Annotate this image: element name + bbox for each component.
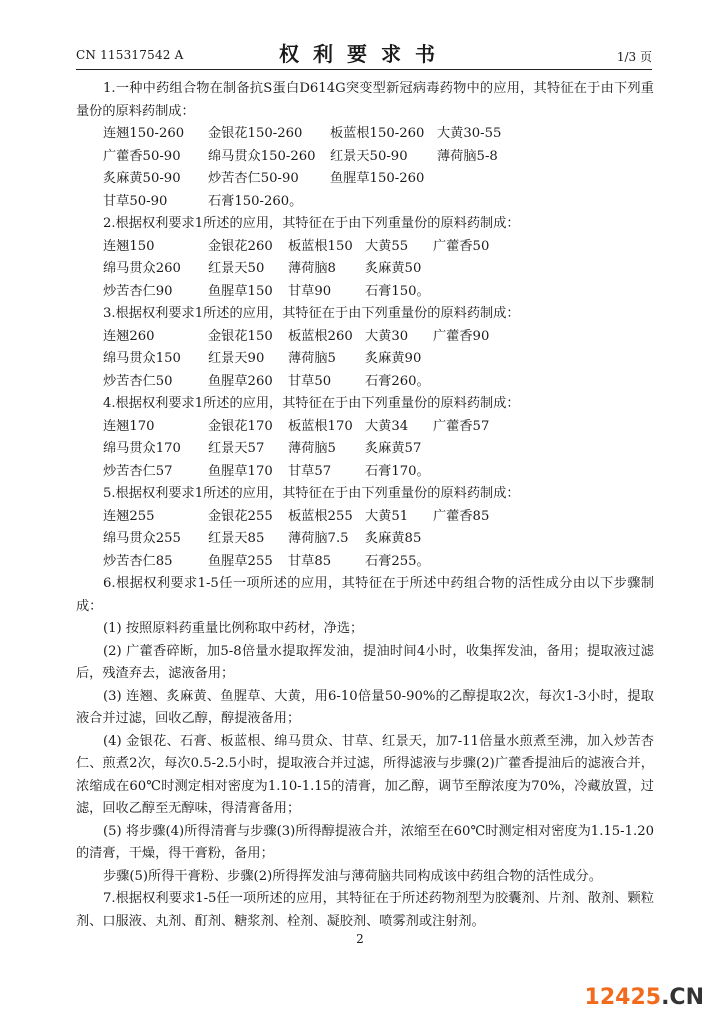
page-number: 2 bbox=[0, 932, 720, 946]
ingredient: 薄荷脑8 bbox=[288, 258, 365, 281]
claim-7: 7.根据权利要求1-5任一项所述的应用，其特征在于所述药物剂型为胶囊剂、片剂、散… bbox=[76, 888, 654, 933]
claim-4-intro: 4.根据权利要求1所述的应用，其特征在于由下列重量份的原料药制成： bbox=[76, 393, 654, 416]
ingredient: 鱼腥草260 bbox=[208, 371, 288, 394]
ingredient: 大黄34 bbox=[365, 416, 433, 439]
ingredient: 大黄55 bbox=[365, 236, 433, 259]
ingredient: 炒苦杏仁90 bbox=[103, 281, 208, 304]
ingredient: 金银花260 bbox=[208, 236, 288, 259]
ingredient: 广藿香85 bbox=[433, 506, 489, 529]
ingredient-row: 广藿香50-90 绵马贯众150-260 红景天50-90 薄荷脑5-8 bbox=[76, 146, 654, 169]
ingredient: 炒苦杏仁50-90 bbox=[208, 168, 330, 191]
ingredient: 石膏170。 bbox=[365, 461, 433, 484]
document-title: 权利要求书 bbox=[76, 38, 652, 67]
ingredient: 炒苦杏仁57 bbox=[103, 461, 208, 484]
ingredient: 甘草50-90 bbox=[103, 191, 208, 214]
ingredient-row: 绵马贯众150 红景天90 薄荷脑5 炙麻黄90 bbox=[76, 348, 654, 371]
claim-5-intro: 5.根据权利要求1所述的应用，其特征在于由下列重量份的原料药制成： bbox=[76, 483, 654, 506]
ingredient-row: 炒苦杏仁57 鱼腥草170 甘草57 石膏170。 bbox=[76, 461, 654, 484]
ingredient: 炒苦杏仁50 bbox=[103, 371, 208, 394]
ingredient: 炙麻黄57 bbox=[365, 438, 433, 461]
ingredient: 大黄30 bbox=[365, 326, 433, 349]
ingredient: 炙麻黄50-90 bbox=[103, 168, 208, 191]
ingredient: 绵马贯众170 bbox=[103, 438, 208, 461]
ingredient: 金银花255 bbox=[208, 506, 288, 529]
ingredient: 薄荷脑5 bbox=[288, 348, 365, 371]
ingredient: 薄荷脑5 bbox=[288, 438, 365, 461]
ingredient: 甘草57 bbox=[288, 461, 365, 484]
ingredient: 红景天57 bbox=[208, 438, 288, 461]
ingredient: 大黄30-55 bbox=[437, 123, 501, 146]
ingredient: 石膏150。 bbox=[365, 281, 433, 304]
claim-6-conclusion: 步骤(5)所得干膏粉、步骤(2)所得挥发油与薄荷脑共同构成该中药组合物的活性成分… bbox=[76, 866, 654, 889]
ingredient: 甘草90 bbox=[288, 281, 365, 304]
ingredient: 大黄51 bbox=[365, 506, 433, 529]
ingredient: 绵马贯众255 bbox=[103, 528, 208, 551]
ingredient: 炒苦杏仁85 bbox=[103, 551, 208, 574]
site-watermark: 12425.CN bbox=[585, 985, 704, 1010]
ingredient: 炙麻黄90 bbox=[365, 348, 433, 371]
page-header: CN 115317542 A 权利要求书 1/3 页 bbox=[76, 38, 652, 68]
ingredient: 甘草85 bbox=[288, 551, 365, 574]
ingredient: 板蓝根255 bbox=[288, 506, 365, 529]
ingredient: 板蓝根150 bbox=[288, 236, 365, 259]
ingredient: 炙麻黄50 bbox=[365, 258, 433, 281]
ingredient-row: 连翘150 金银花260 板蓝根150 大黄55 广藿香50 bbox=[76, 236, 654, 259]
page-indicator: 1/3 页 bbox=[617, 48, 652, 65]
claim-2-intro: 2.根据权利要求1所述的应用，其特征在于由下列重量份的原料药制成： bbox=[76, 213, 654, 236]
ingredient: 红景天85 bbox=[208, 528, 288, 551]
ingredient-row: 连翘170 金银花170 板蓝根170 大黄34 广藿香57 bbox=[76, 416, 654, 439]
ingredient: 鱼腥草170 bbox=[208, 461, 288, 484]
ingredient-row: 炒苦杏仁85 鱼腥草255 甘草85 石膏255。 bbox=[76, 551, 654, 574]
ingredient: 甘草50 bbox=[288, 371, 365, 394]
ingredient-row: 绵马贯众260 红景天50 薄荷脑8 炙麻黄50 bbox=[76, 258, 654, 281]
watermark-number: 12425 bbox=[585, 985, 662, 1010]
claim-6-step-1: (1) 按照原料药重量比例称取中药材，净选； bbox=[76, 618, 654, 641]
ingredient: 红景天50-90 bbox=[330, 146, 437, 169]
ingredient: 板蓝根260 bbox=[288, 326, 365, 349]
claim-3-intro: 3.根据权利要求1所述的应用，其特征在于由下列重量份的原料药制成： bbox=[76, 303, 654, 326]
ingredient-row: 炒苦杏仁50 鱼腥草260 甘草50 石膏260。 bbox=[76, 371, 654, 394]
ingredient: 红景天50 bbox=[208, 258, 288, 281]
ingredient: 绵马贯众150 bbox=[103, 348, 208, 371]
ingredient-row: 炙麻黄50-90 炒苦杏仁50-90 鱼腥草150-260 bbox=[76, 168, 654, 191]
ingredient: 鱼腥草255 bbox=[208, 551, 288, 574]
watermark-tld: .CN bbox=[661, 985, 704, 1010]
claim-5-intro-text: 5.根据权利要求1所述的应用，其特征在于由下列重量份的原料药制成： bbox=[103, 483, 520, 506]
ingredient-row: 连翘255 金银花255 板蓝根255 大黄51 广藿香85 bbox=[76, 506, 654, 529]
ingredient: 石膏255。 bbox=[365, 551, 433, 574]
ingredient: 连翘260 bbox=[103, 326, 208, 349]
claim-3-intro-text: 3.根据权利要求1所述的应用，其特征在于由下列重量份的原料药制成： bbox=[103, 303, 520, 326]
ingredient: 石膏150-260。 bbox=[208, 191, 330, 214]
claim-4-intro-text: 4.根据权利要求1所述的应用，其特征在于由下列重量份的原料药制成： bbox=[103, 393, 520, 416]
ingredient: 连翘150 bbox=[103, 236, 208, 259]
ingredient: 绵马贯众260 bbox=[103, 258, 208, 281]
ingredient-row: 连翘260 金银花150 板蓝根260 大黄30 广藿香90 bbox=[76, 326, 654, 349]
claim-2-intro-text: 2.根据权利要求1所述的应用，其特征在于由下列重量份的原料药制成： bbox=[103, 213, 520, 236]
claim-6-step-5: (5) 将步骤(4)所得清膏与步骤(3)所得醇提液合并，浓缩至在60℃时测定相对… bbox=[76, 821, 654, 866]
ingredient-row: 炒苦杏仁90 鱼腥草150 甘草90 石膏150。 bbox=[76, 281, 654, 304]
ingredient: 金银花170 bbox=[208, 416, 288, 439]
ingredient: 连翘170 bbox=[103, 416, 208, 439]
ingredient: 广藿香90 bbox=[433, 326, 489, 349]
ingredient-row: 绵马贯众170 红景天57 薄荷脑5 炙麻黄57 bbox=[76, 438, 654, 461]
ingredient: 广藿香50 bbox=[433, 236, 489, 259]
ingredient: 炙麻黄85 bbox=[365, 528, 433, 551]
ingredient: 板蓝根170 bbox=[288, 416, 365, 439]
ingredient: 红景天90 bbox=[208, 348, 288, 371]
ingredient: 连翘255 bbox=[103, 506, 208, 529]
ingredient: 金银花150-260 bbox=[208, 123, 330, 146]
ingredient: 广藿香50-90 bbox=[103, 146, 208, 169]
claim-6-step-3: (3) 连翘、炙麻黄、鱼腥草、大黄，用6-10倍量50-90%的乙醇提取2次，每… bbox=[76, 686, 654, 731]
ingredient: 连翘150-260 bbox=[103, 123, 208, 146]
ingredient: 广藿香57 bbox=[433, 416, 489, 439]
ingredient: 薄荷脑7.5 bbox=[288, 528, 365, 551]
claim-6-step-4: (4) 金银花、石膏、板蓝根、绵马贯众、甘草、红景天，加7-11倍量水煎煮至沸，… bbox=[76, 731, 654, 821]
ingredient: 薄荷脑5-8 bbox=[437, 146, 498, 169]
ingredient-row: 绵马贯众255 红景天85 薄荷脑7.5 炙麻黄85 bbox=[76, 528, 654, 551]
ingredient-row: 甘草50-90 石膏150-260。 bbox=[76, 191, 654, 214]
ingredient: 鱼腥草150 bbox=[208, 281, 288, 304]
claim-6-step-2: (2) 广藿香碎断，加5-8倍量水提取挥发油，提油时间4小时，收集挥发油，备用；… bbox=[76, 641, 654, 686]
claim-6-intro: 6.根据权利要求1-5任一项所述的应用，其特征在于所述中药组合物的活性成分由以下… bbox=[76, 573, 654, 618]
claims-body: 1.一种中药组合物在制备抗S蛋白D614G突变型新冠病毒药物中的应用，其特征在于… bbox=[76, 78, 654, 933]
ingredient: 绵马贯众150-260 bbox=[208, 146, 330, 169]
header-divider bbox=[76, 69, 652, 70]
ingredient-row: 连翘150-260 金银花150-260 板蓝根150-260 大黄30-55 bbox=[76, 123, 654, 146]
claim-1-intro: 1.一种中药组合物在制备抗S蛋白D614G突变型新冠病毒药物中的应用，其特征在于… bbox=[76, 78, 654, 123]
ingredient: 鱼腥草150-260 bbox=[330, 168, 437, 191]
ingredient: 金银花150 bbox=[208, 326, 288, 349]
ingredient: 石膏260。 bbox=[365, 371, 433, 394]
ingredient: 板蓝根150-260 bbox=[330, 123, 437, 146]
